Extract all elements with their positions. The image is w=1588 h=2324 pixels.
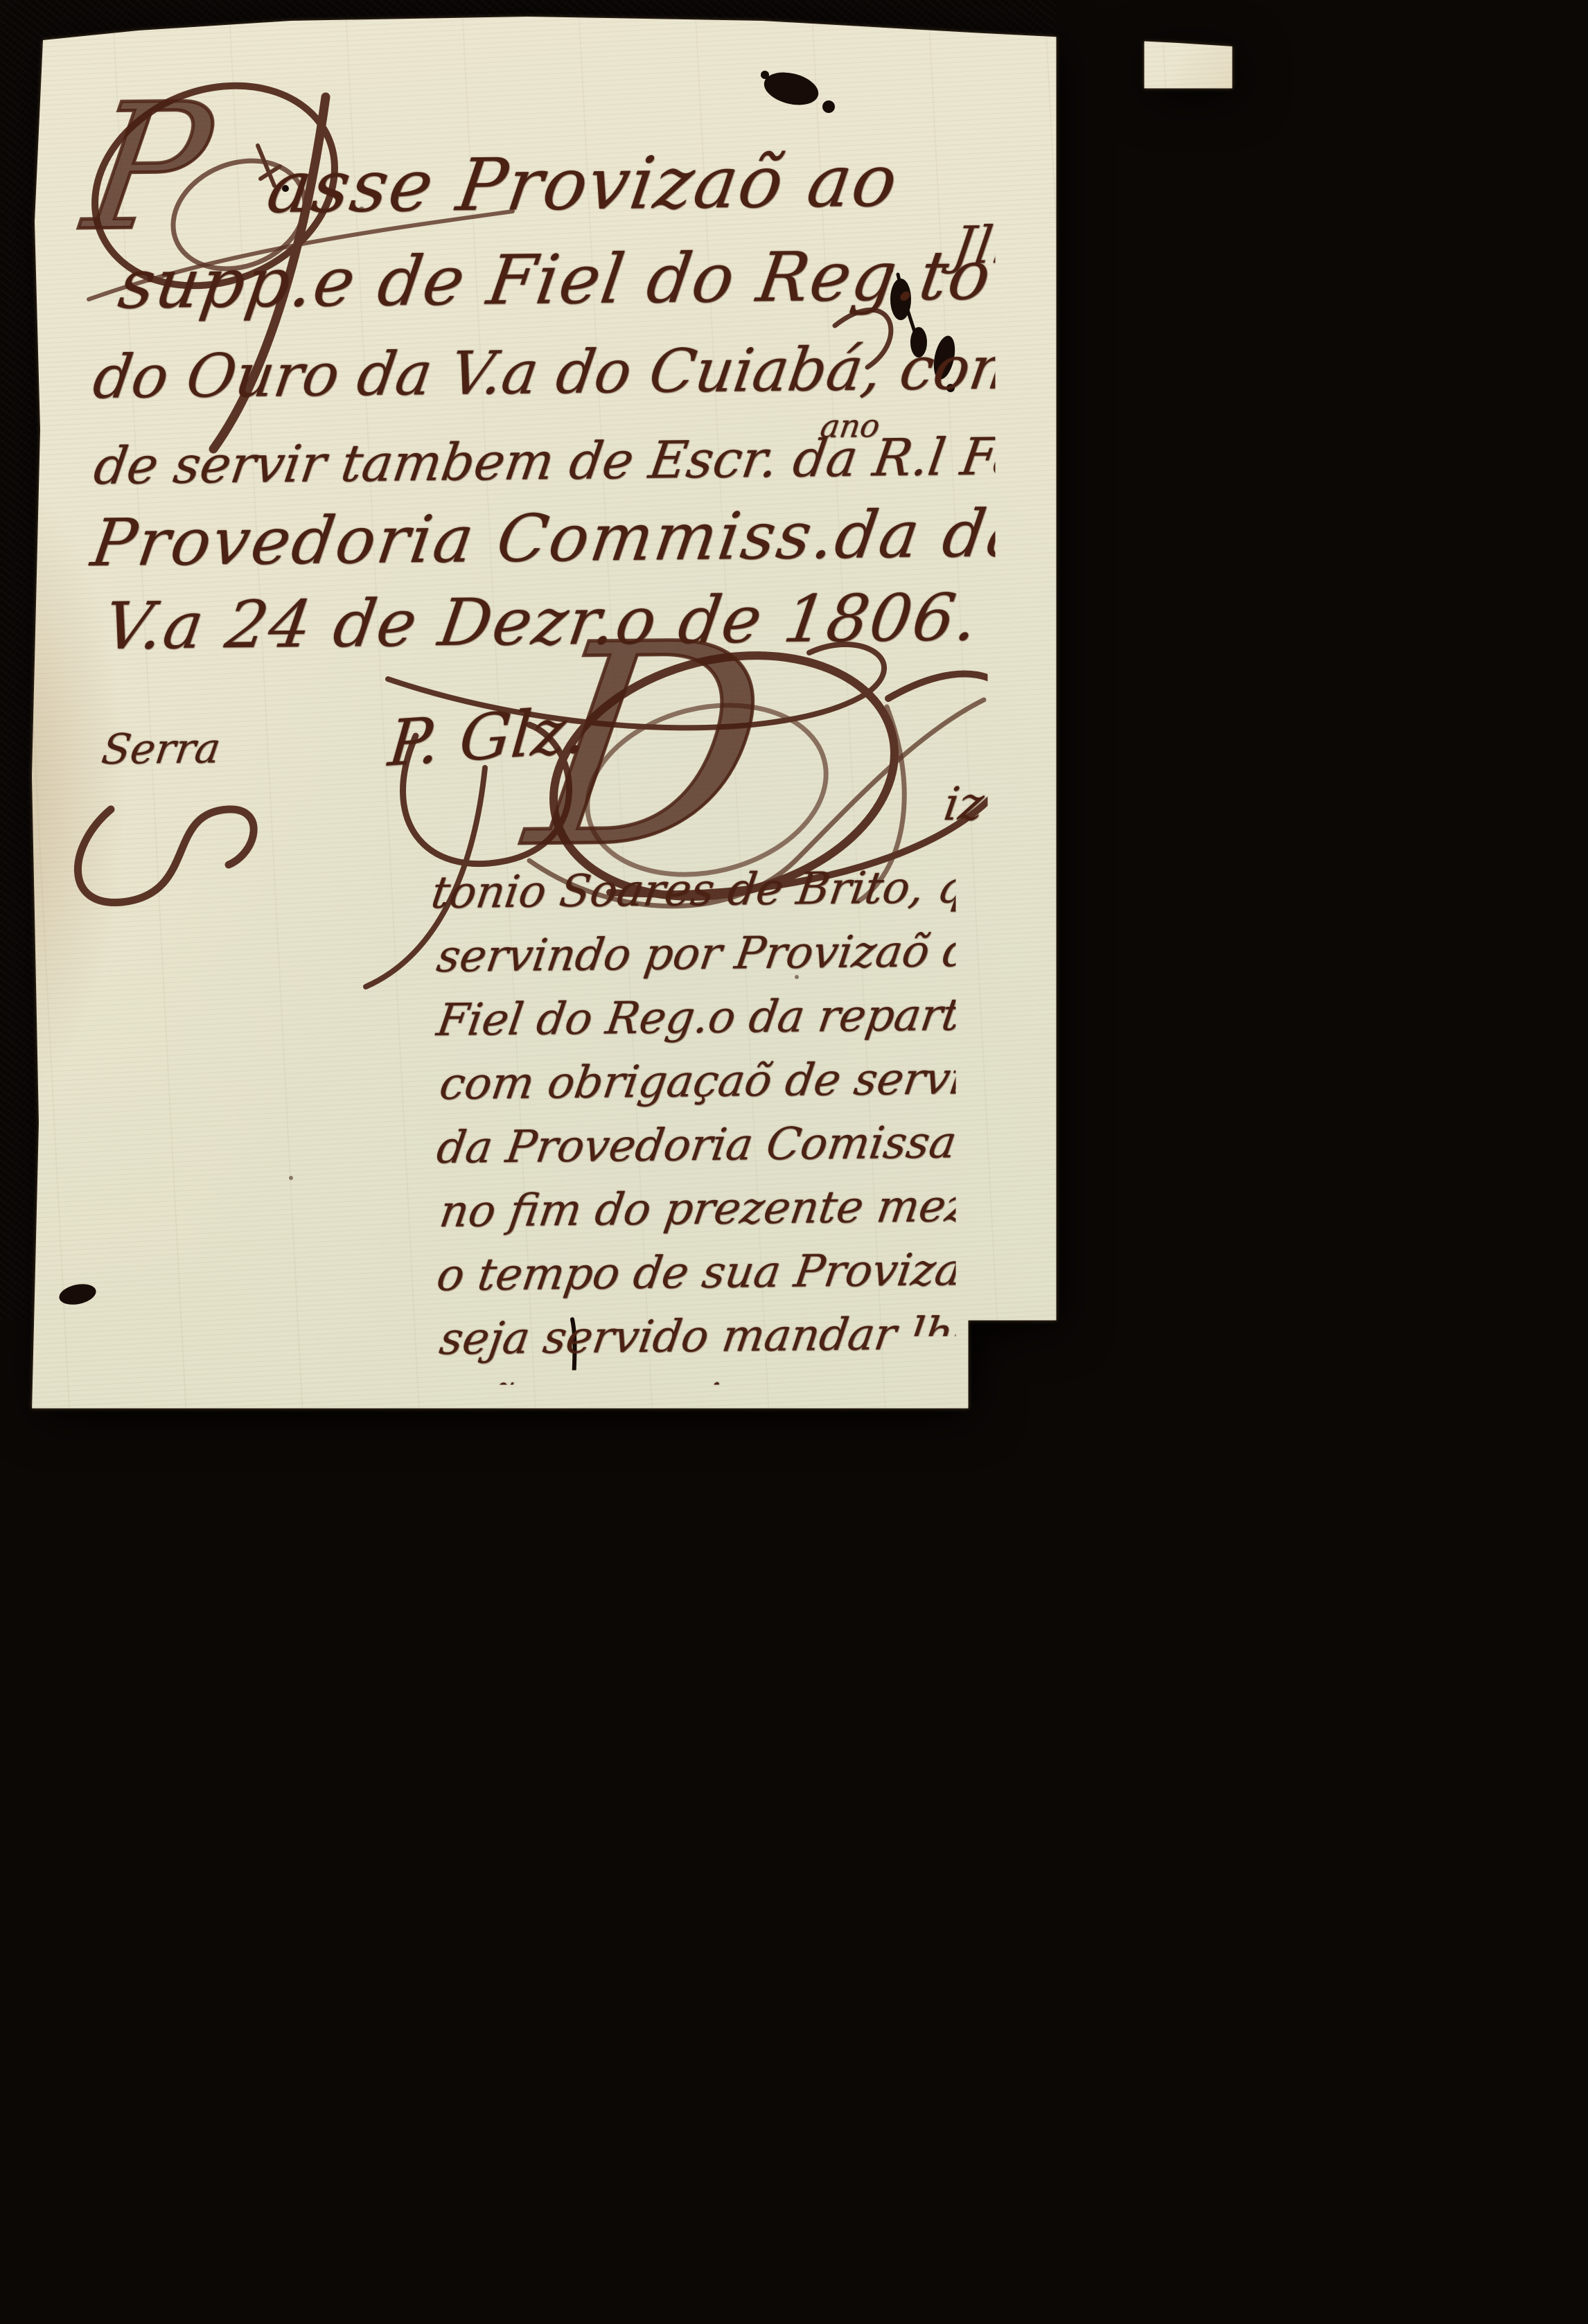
margin-note-line-4: de servir tambem de Escr. da R.l Faz.da … <box>91 429 1215 492</box>
rubric-left: Serra <box>99 728 223 771</box>
salutation: Jll.mo e Ex.mo S.or <box>950 215 1480 272</box>
photo-backdrop: { "photo": { "background_color": "#0c080… <box>0 0 1588 2324</box>
ink-blot <box>822 100 835 113</box>
margin-note-addendum-1: p.a <box>1295 516 1353 557</box>
margin-note-line-3: do Ouro da V.a do Cuiabá, com obrigaçaõ <box>89 335 1350 407</box>
request-line-2: servida deferir ao Sup.e <box>799 1881 1313 1928</box>
manuscript-photo: P asse Provizaõ ao supp.e de Fiel do Reg… <box>0 0 1588 2324</box>
rubric-lisboa-loop-1 <box>673 1858 765 1951</box>
dispatch-signature: Araujo Lisboa <box>177 1863 612 1926</box>
request-initial: P. <box>748 1668 861 1790</box>
request-line-1: a V. Ex.a Seja <box>845 1776 1154 1824</box>
rubric-lisboa-loop-2 <box>658 1911 757 2034</box>
ink-blot <box>761 67 822 110</box>
petition-line: da Provedoria Comissaria da dita Villa; … <box>434 1114 1535 1170</box>
foxing-speck <box>1371 1696 1377 1702</box>
flourish-erm-tail <box>921 2183 1067 2223</box>
ink-blot <box>1134 295 1143 303</box>
petition-initial: D <box>522 635 777 859</box>
rubric-lisboa-thin-loop <box>689 1872 781 2007</box>
flourish-line3-tail <box>1236 395 1302 455</box>
rubric-lisboa-heavy-blob <box>657 1924 723 1998</box>
petition-line: servindo por Provizaõ de V. Ex.a o Off.o… <box>434 925 1399 979</box>
manuscript-page: P asse Provizaõ ao supp.e de Fiel do Reg… <box>0 0 1588 2324</box>
petition-line: no fim do prezente mez de Dezembro se fi… <box>437 1179 1476 1234</box>
petition-line: iz o Alferes Joaõ An <box>941 777 1400 827</box>
margin-note-initial: P <box>77 80 219 255</box>
dispatch-line-2: de Dezr.o de 1806. <box>131 1780 719 1847</box>
rubric-lisboa-tail <box>594 2030 697 2260</box>
closing-erm: E. R. M. <box>898 2063 1418 2172</box>
petition-line: e izençaõ devida, como faz certo a V. Ex… <box>432 1499 1379 1553</box>
dispatch-line-1: Passada em 30 <box>155 1693 674 1764</box>
foxing-speck <box>289 1176 293 1180</box>
petition-line: seja servido mandar lhe passar nova Prov… <box>437 1308 1397 1362</box>
ink-blot <box>58 1281 98 1308</box>
petition-line: o tempo de sua Provizaõ; requer a V. Ex.… <box>434 1244 1379 1298</box>
petition-line: tem servido o d.o Officio em toda a lizu… <box>437 1435 1374 1489</box>
petition-line: tonio Soares de Brito, que ele Supp.e se… <box>429 861 1460 915</box>
foxing-speck <box>457 2113 461 2117</box>
ink-blot <box>1284 283 1291 290</box>
ink-blot <box>1073 118 1084 129</box>
petition-line: Fiel do Reg.o da repartiçaõ da V.a do Cu… <box>434 988 1445 1043</box>
margin-note-addendum-2: V.a <box>1280 574 1335 615</box>
foxing-speck <box>208 1524 212 1528</box>
request-line-3: na forma de sua Suplica <box>791 1947 1307 1994</box>
margin-note-line-2: supp.e de Fiel do Reg.to <box>115 242 996 319</box>
petition-line: com obrigaçaõ de servir o Escr.m da R.l … <box>437 1050 1543 1107</box>
ink-blot <box>1077 118 1129 194</box>
petition-line: zaõ p.a servir o anno de 1807, visto que… <box>432 1370 1520 1425</box>
margin-note-date-line: V.a 24 de Dezr.o de 1806. <box>100 586 983 660</box>
margin-note-line-1: asse Provizaõ ao <box>263 145 903 223</box>
rubric-knot-serra <box>78 809 254 903</box>
margin-note-line-5: Provedoria Commiss.da da mesma <box>87 499 1300 576</box>
margin-note-interline: ano <box>818 410 882 442</box>
petition-line: pela Atestaçaõ junta. Por tanto <box>468 1565 1170 1617</box>
ink-blot <box>761 71 769 79</box>
